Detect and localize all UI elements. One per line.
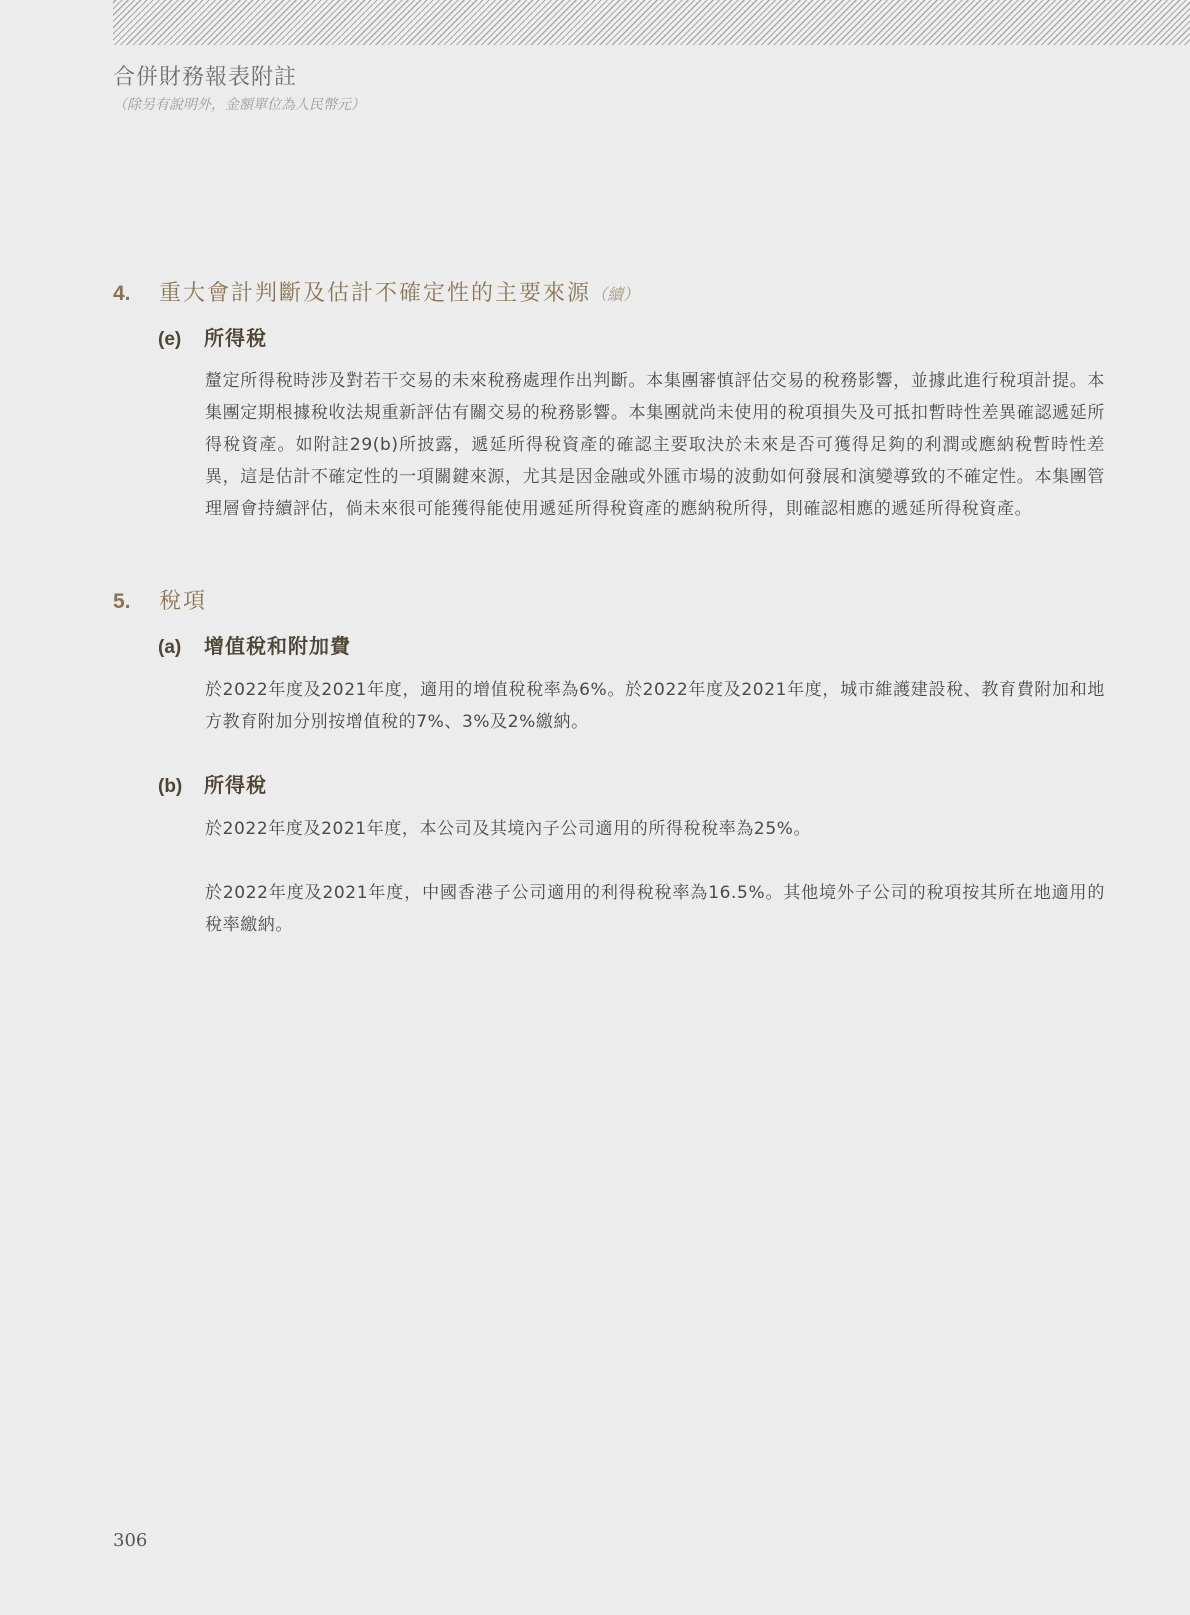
section-title-text: 重大會計判斷及估計不確定性的主要來源	[159, 281, 591, 306]
paragraph-5b-domestic-rate: 於2022年度及2021年度，本公司及其境內子公司適用的所得稅稅率為25%。	[205, 813, 1105, 845]
subsection-label: (e)	[158, 329, 204, 351]
subsection-title: 所得稅	[204, 769, 267, 798]
section-number: 5.	[113, 590, 159, 614]
document-title: 合併財務報表附註	[113, 62, 365, 94]
continued-label: （續）	[591, 285, 639, 304]
subsection-heading-4e: (e) 所得稅	[158, 322, 267, 351]
section-heading-4: 4. 重大會計判斷及估計不確定性的主要來源（續）	[113, 276, 639, 307]
running-header: 合併財務報表附註 （除另有說明外，金額單位為人民幣元）	[113, 62, 365, 115]
section-number: 4.	[113, 282, 159, 306]
subsection-heading-5b: (b) 所得稅	[158, 769, 267, 798]
currency-note: （除另有說明外，金額單位為人民幣元）	[113, 95, 365, 115]
subsection-title: 增值稅和附加費	[204, 630, 351, 659]
subsection-title: 所得稅	[204, 322, 267, 351]
page-number: 306	[113, 1530, 147, 1551]
decorative-hatch-band	[113, 0, 1190, 45]
subsection-label: (b)	[158, 776, 204, 798]
subsection-heading-5a: (a) 增值稅和附加費	[158, 630, 351, 659]
section-title: 稅項	[159, 584, 207, 615]
section-heading-5: 5. 稅項	[113, 584, 207, 615]
paragraph-4e-income-tax: 釐定所得稅時涉及對若干交易的未來稅務處理作出判斷。本集團審慎評估交易的稅務影響，…	[205, 365, 1105, 525]
paragraph-5b-overseas-rate: 於2022年度及2021年度，中國香港子公司適用的利得稅稅率為16.5%。其他境…	[205, 877, 1105, 941]
paragraph-5a-vat: 於2022年度及2021年度，適用的增值稅稅率為6%。於2022年度及2021年…	[205, 674, 1105, 738]
subsection-label: (a)	[158, 637, 204, 659]
section-title: 重大會計判斷及估計不確定性的主要來源（續）	[159, 276, 639, 307]
